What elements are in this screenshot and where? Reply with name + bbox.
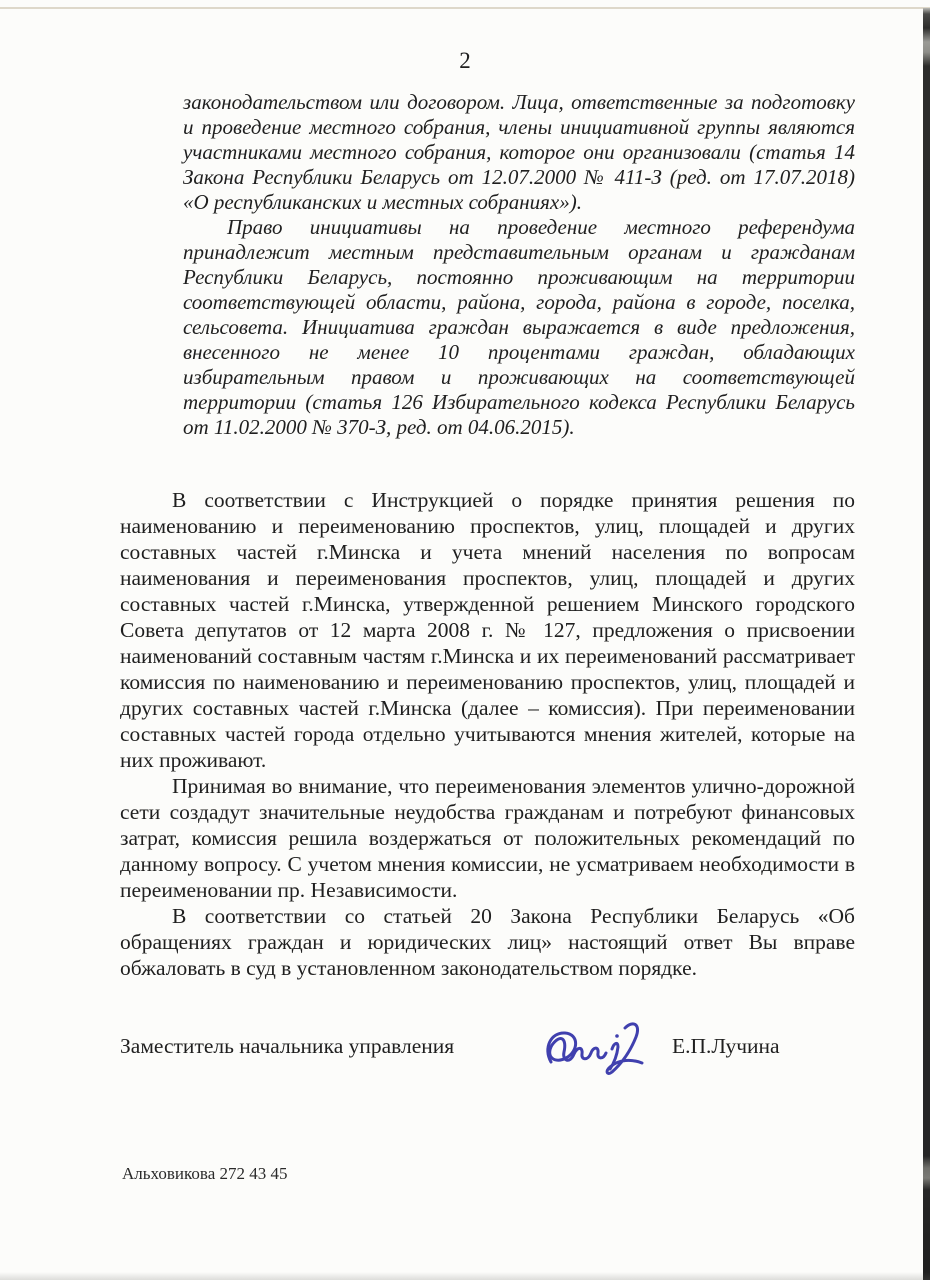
- quote-paragraph: законодательством или договором. Лица, о…: [183, 90, 855, 215]
- signatory-name: Е.П.Лучина: [672, 1034, 780, 1059]
- body-paragraph: В соответствии со статьей 20 Закона Респ…: [120, 903, 855, 981]
- executor-contact: Альховикова 272 43 45: [122, 1164, 287, 1184]
- scanned-letter-page: 2 законодательством или договором. Лица,…: [0, 0, 930, 1280]
- letter-body: В соответствии с Инструкцией о порядке п…: [120, 487, 855, 981]
- scan-artifact-top-line: [0, 7, 930, 9]
- handwritten-signature: [535, 1018, 670, 1090]
- body-paragraph: В соответствии с Инструкцией о порядке п…: [120, 487, 855, 773]
- signatory-position-label: Заместитель начальника управления: [120, 1034, 454, 1059]
- quote-paragraph: Право инициативы на проведение местного …: [183, 215, 855, 440]
- page-number: 2: [0, 48, 930, 74]
- scan-artifact-right-edge: [923, 8, 930, 1280]
- body-paragraph: Принимая во внимание, что переименования…: [120, 773, 855, 903]
- signature-block: Заместитель начальника управления Е.П.Лу…: [120, 1018, 855, 1088]
- quoted-legal-text-block: законодательством или договором. Лица, о…: [183, 90, 855, 440]
- signature-strokes: [548, 1024, 642, 1074]
- scan-artifact-bottom-shade: [0, 1272, 930, 1280]
